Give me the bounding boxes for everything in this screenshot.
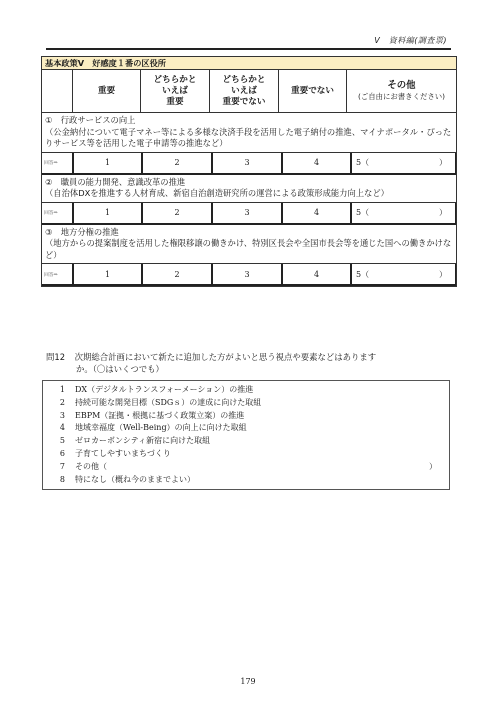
policy-rating-table: 基本政策Ⅴ 好感度１番の区役所 重要 どちらかと いえば 重要 どちらかと いえ… — [41, 56, 457, 287]
policy-item-2: ② 職員の能力開発、意識改革の推進 （自治体DXを推進する人材育成、新宿自治創造… — [42, 175, 456, 203]
choice-number: 2 — [43, 397, 75, 410]
question-12: 問12 次期総合計画において新たに追加した方がよいと思う視点や要素などはあります… — [46, 351, 456, 375]
section-label: Ⅴ 資料編(調査票) — [374, 35, 447, 46]
choice-text: その他（ — [75, 461, 429, 474]
option-5-close: ） — [439, 157, 447, 168]
choice-6[interactable]: 6子育てしやすいまちづくり — [43, 448, 449, 461]
column-header-important: 重要 — [72, 70, 140, 112]
column-header-somewhat-important: どちらかと いえば 重要 — [140, 70, 209, 112]
choice-8[interactable]: 8特になし（概ね今のままでよい） — [43, 474, 449, 487]
answer-row-3: 回答⇒ 1 2 3 4 5（ ） — [42, 264, 456, 286]
item-title: ① 行政サービスの向上 — [45, 115, 453, 127]
option-4[interactable]: 4 — [281, 203, 350, 223]
choice-close-paren: ） — [429, 461, 449, 474]
item-title: ③ 地方分権の推進 — [45, 227, 453, 239]
choice-1[interactable]: 1DX（デジタルトランスフォーメーション）の推進 — [43, 384, 449, 397]
choice-text: 地域幸福度（Well-Being）の向上に向けた取組 — [75, 422, 449, 435]
choice-number: 6 — [43, 448, 75, 461]
answer-row-2: 回答⇒ 1 2 3 4 5（ ） — [42, 203, 456, 225]
choice-number: 7 — [43, 461, 75, 474]
option-5-open: 5（ — [356, 157, 369, 168]
option-2[interactable]: 2 — [141, 203, 211, 223]
choices-box: 1DX（デジタルトランスフォーメーション）の推進 2持続可能な開発目標（SDGｓ… — [42, 380, 450, 490]
policy-item-3: ③ 地方分権の推進 （地方からの提案制度を活用した権限移譲の働きかけ、特別区長会… — [42, 225, 456, 265]
choice-number: 4 — [43, 422, 75, 435]
option-5-close: ） — [439, 269, 447, 280]
choice-7-other[interactable]: 7その他（） — [43, 461, 449, 474]
column-header-somewhat-unimportant: どちらかと いえば 重要でない — [209, 70, 278, 112]
option-5-open: 5（ — [356, 269, 369, 280]
page-number: 179 — [0, 677, 496, 686]
option-5-close: ） — [439, 207, 447, 218]
policy-item-1: ① 行政サービスの向上 （公金納付について電子マネー等による多様な決済手段を活用… — [42, 113, 456, 153]
policy-title: 基本政策Ⅴ 好感度１番の区役所 — [42, 57, 456, 70]
choice-2[interactable]: 2持続可能な開発目標（SDGｓ）の達成に向けた取組 — [43, 397, 449, 410]
column-header-unimportant: 重要でない — [278, 70, 346, 112]
answer-label: 回答⇒ — [42, 264, 72, 284]
column-header-other: その他 (ご自由にお書きください) — [346, 70, 456, 112]
choice-number: 5 — [43, 435, 75, 448]
option-4[interactable]: 4 — [281, 264, 350, 284]
question-text-line2: か。（〇はいくつでも） — [46, 363, 456, 375]
choice-text: 特になし（概ね今のままでよい） — [75, 474, 449, 487]
choice-text: DX（デジタルトランスフォーメーション）の推進 — [75, 384, 449, 397]
choice-4[interactable]: 4地域幸福度（Well-Being）の向上に向けた取組 — [43, 422, 449, 435]
choice-3[interactable]: 3EBPM（証拠・根拠に基づく政策立案）の推進 — [43, 410, 449, 423]
choice-text: 持続可能な開発目標（SDGｓ）の達成に向けた取組 — [75, 397, 449, 410]
question-number: 問12 — [46, 351, 72, 363]
option-2[interactable]: 2 — [141, 264, 211, 284]
item-detail: （地方からの提案制度を活用した権限移譲の働きかけ、特別区長会や全国市長会等を通じ… — [45, 238, 453, 261]
item-title: ② 職員の能力開発、意識改革の推進 — [45, 177, 453, 189]
other-sublabel: (ご自由にお書きください) — [358, 91, 445, 102]
choice-text: ゼロカーボンシティ新宿に向けた取組 — [75, 435, 449, 448]
answer-row-1: 回答⇒ 1 2 3 4 5（ ） — [42, 153, 456, 175]
option-5-other[interactable]: 5（ ） — [350, 153, 456, 173]
choice-number: 1 — [43, 384, 75, 397]
item-detail: （自治体DXを推進する人材育成、新宿自治創造研究所の運営による政策形成能力向上な… — [45, 188, 453, 200]
item-detail: （公金納付について電子マネー等による多様な決済手段を活用した電子納付の推進、マイ… — [45, 127, 453, 150]
other-label: その他 — [358, 80, 445, 91]
choice-number: 3 — [43, 410, 75, 423]
option-3[interactable]: 3 — [211, 153, 281, 173]
column-header-blank — [42, 70, 72, 112]
answer-label: 回答⇒ — [42, 153, 72, 173]
choice-text: 子育てしやすいまちづくり — [75, 448, 449, 461]
choice-text: EBPM（証拠・根拠に基づく政策立案）の推進 — [75, 410, 449, 423]
option-5-other[interactable]: 5（ ） — [350, 264, 456, 284]
option-4[interactable]: 4 — [281, 153, 350, 173]
answer-label: 回答⇒ — [42, 203, 72, 223]
choice-number: 8 — [43, 474, 75, 487]
option-5-other[interactable]: 5（ ） — [350, 203, 456, 223]
option-1[interactable]: 1 — [72, 203, 141, 223]
column-header-row: 重要 どちらかと いえば 重要 どちらかと いえば 重要でない 重要でない その… — [42, 70, 456, 113]
option-2[interactable]: 2 — [141, 153, 211, 173]
question-text-line1: 次期総合計画において新たに追加した方がよいと思う視点や要素などはあります — [75, 352, 377, 362]
option-1[interactable]: 1 — [72, 264, 141, 284]
option-5-open: 5（ — [356, 207, 369, 218]
running-header: Ⅴ 資料編(調査票) — [46, 35, 451, 50]
option-3[interactable]: 3 — [211, 264, 281, 284]
choice-5[interactable]: 5ゼロカーボンシティ新宿に向けた取組 — [43, 435, 449, 448]
option-3[interactable]: 3 — [211, 203, 281, 223]
option-1[interactable]: 1 — [72, 153, 141, 173]
